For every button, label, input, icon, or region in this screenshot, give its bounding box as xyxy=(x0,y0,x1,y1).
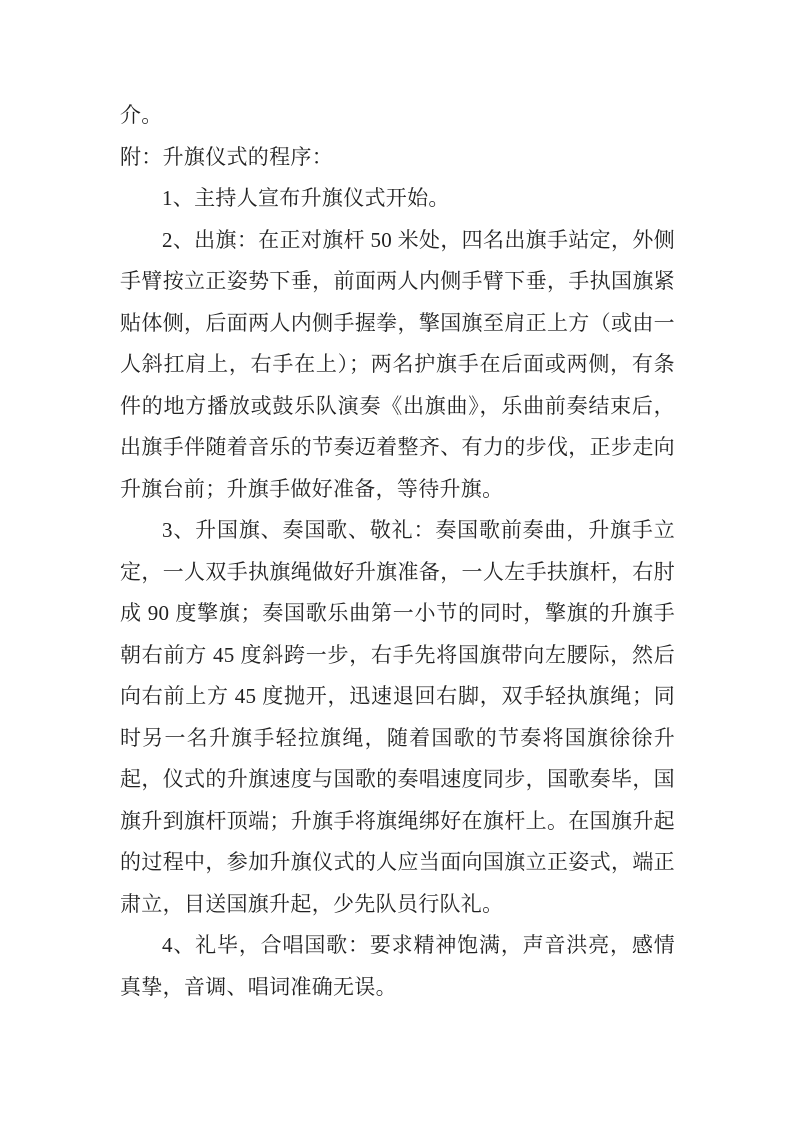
paragraph-1: 介。 xyxy=(120,95,675,137)
paragraph-3: 1、主持人宣布升旗仪式开始。 xyxy=(120,178,675,220)
paragraph-2: 附：升旗仪式的程序： xyxy=(120,137,675,179)
document-page: 介。附：升旗仪式的程序：1、主持人宣布升旗仪式开始。2、出旗：在正对旗杆 50 … xyxy=(0,0,793,1122)
document-body: 介。附：升旗仪式的程序：1、主持人宣布升旗仪式开始。2、出旗：在正对旗杆 50 … xyxy=(120,95,675,1008)
paragraph-4: 2、出旗：在正对旗杆 50 米处，四名出旗手站定，外侧手臂按立正姿势下垂，前面两… xyxy=(120,220,675,511)
paragraph-5: 3、升国旗、奏国歌、敬礼：奏国歌前奏曲，升旗手立定，一人双手执旗绳做好升旗准备，… xyxy=(120,510,675,925)
paragraph-6: 4、礼毕，合唱国歌：要求精神饱满，声音洪亮，感情真挚，音调、唱词准确无误。 xyxy=(120,925,675,1008)
